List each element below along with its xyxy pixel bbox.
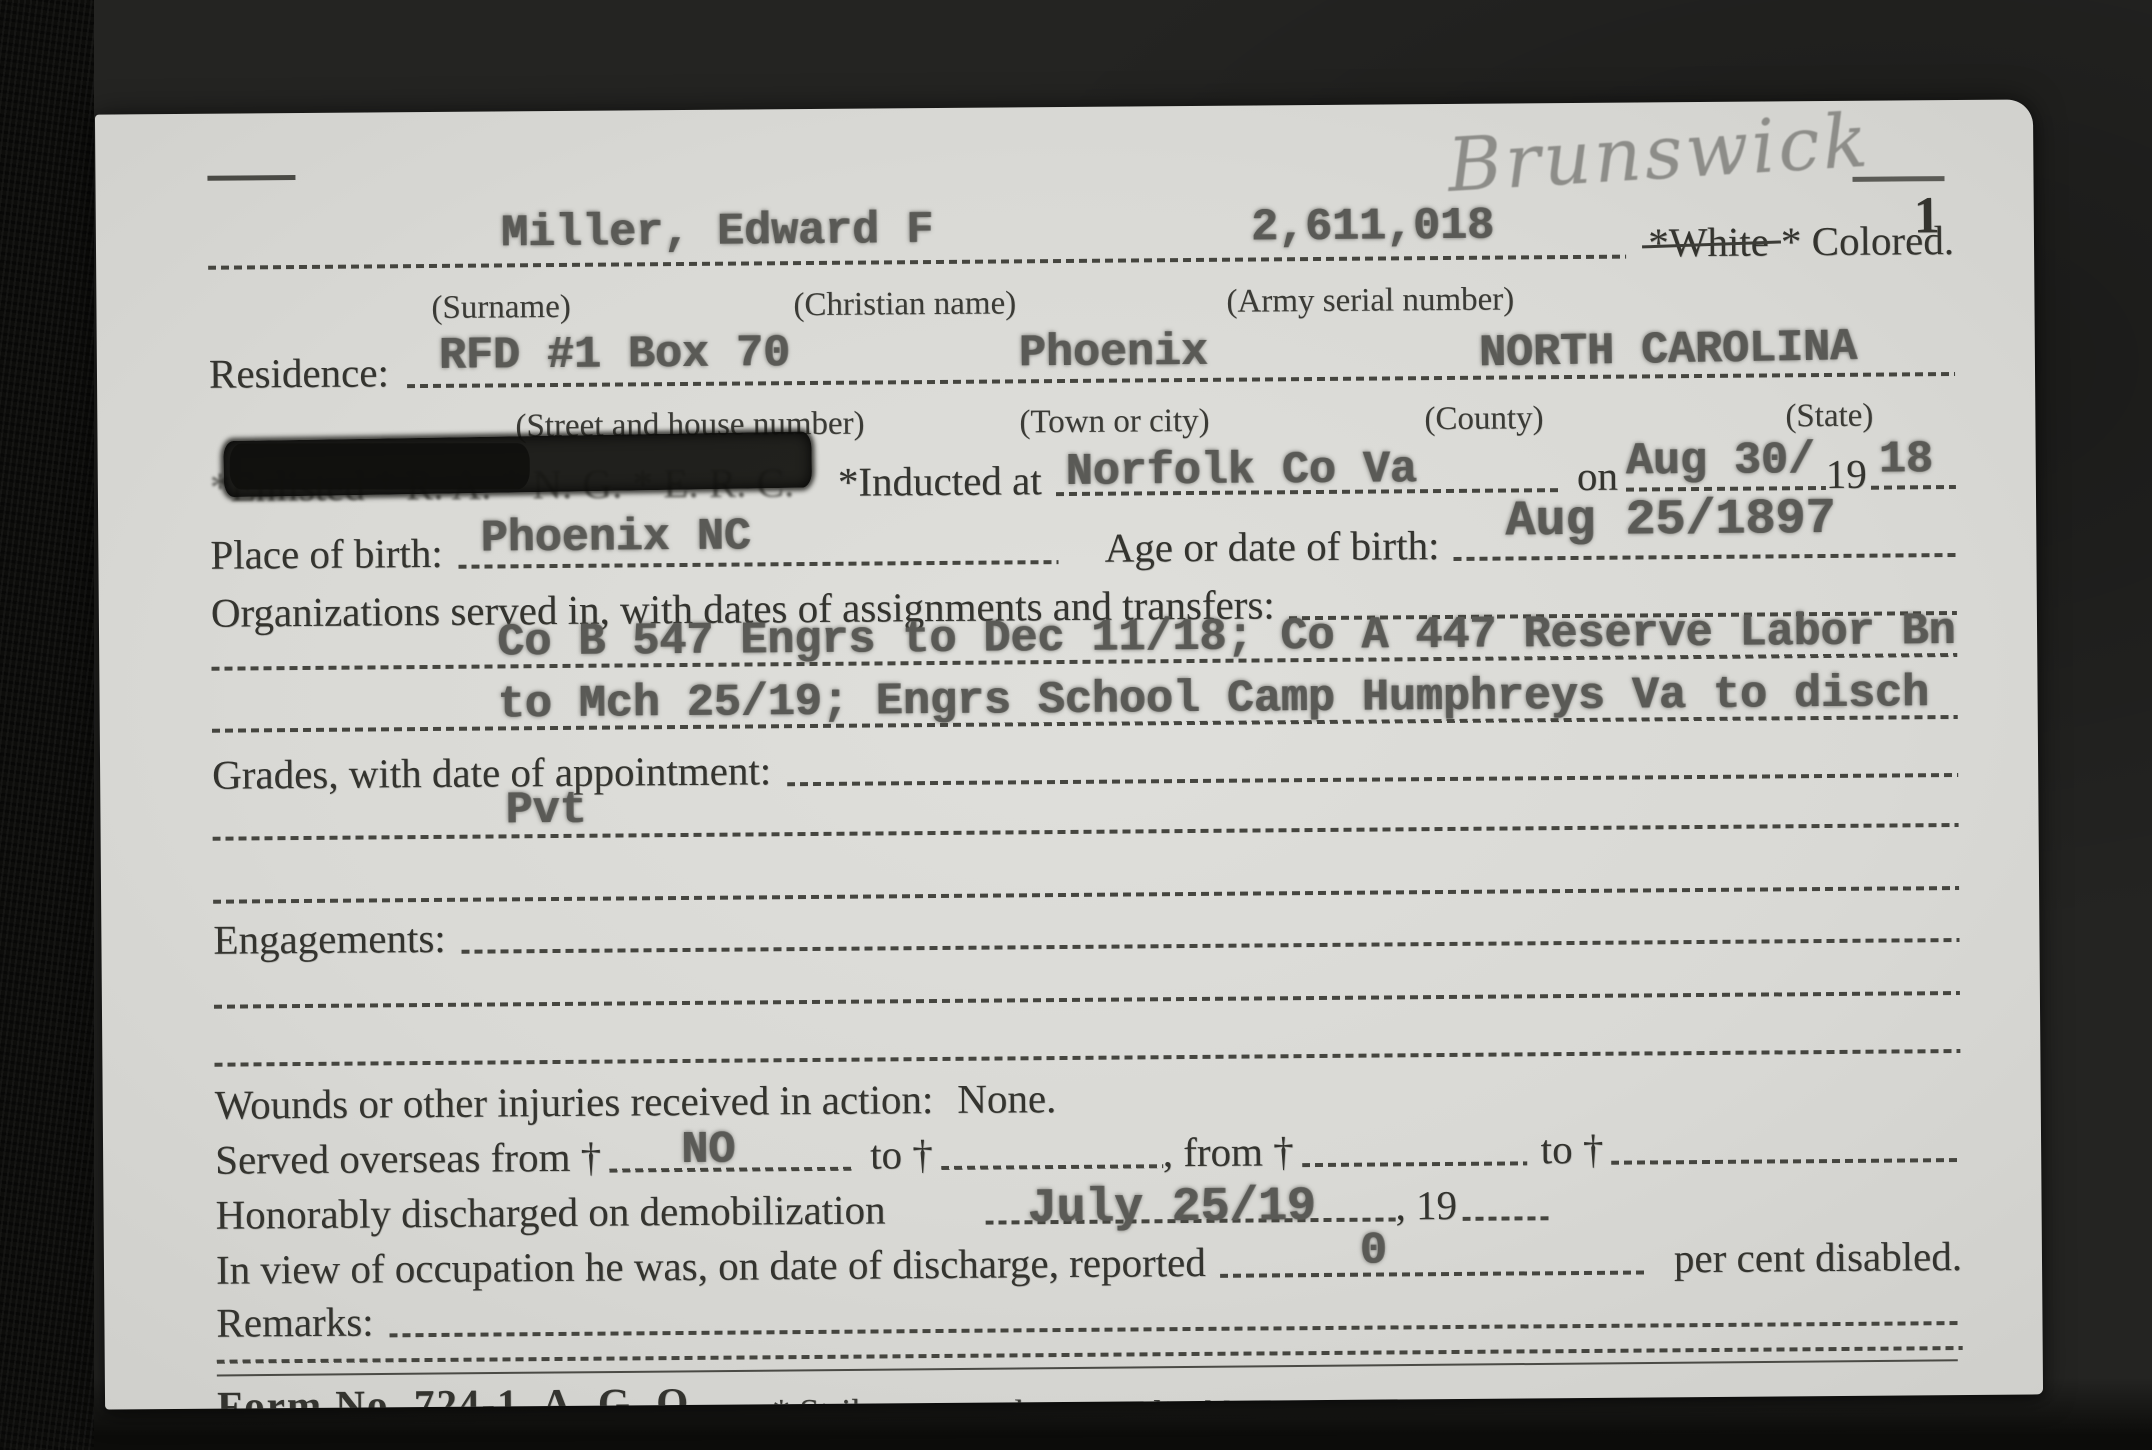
organizations-line2-dotline: to Mch 25/19; Engrs School Camp Humphrey… (212, 715, 1958, 733)
overseas-row: Served overseas from † NO to † , from † … (215, 1118, 1961, 1184)
overseas-from2-dotline (1302, 1161, 1527, 1167)
state-label: (State) (1785, 398, 1873, 436)
served-overseas-label: Served overseas from † (215, 1133, 601, 1184)
place-of-birth-label: Place of birth: (210, 529, 443, 579)
typed-disability-percent: 0 (1359, 1226, 1386, 1277)
scanned-service-record: { "scan": { "annotation_handwritten": "B… (0, 0, 2152, 1450)
form-number: Form No. 724-1, A. G. O. (217, 1378, 703, 1410)
residence-dotline: RFD #1 Box 70 Phoenix NORTH CAROLINA (407, 372, 1955, 388)
birth-row: Place of birth: Phoenix NC Age or date o… (210, 513, 1956, 579)
typed-organizations-line2: to Mch 25/19; Engrs School Camp Humphrey… (497, 668, 1929, 730)
surname-label: (Surname) (431, 289, 571, 327)
race-option-white: *White (1648, 217, 1769, 266)
footnote-dates: † Dates of departure from and arrival in… (1302, 1393, 2010, 1410)
discharge-year-label: , 19 (1395, 1181, 1457, 1229)
army-serial-label: (Army serial number) (1226, 281, 1514, 320)
county-annotation-handwritten: Brunswick (1445, 99, 1873, 209)
disability-label: In view of occupation he was, on date of… (216, 1238, 1206, 1294)
overseas-from1-dotline: NO (609, 1167, 854, 1173)
overseas-to1-dotline (941, 1164, 1163, 1170)
engagements-dotline (462, 938, 1960, 954)
typed-organizations-line1: Co B 547 Engrs to Dec 11/18; Co A 447 Re… (497, 606, 1956, 668)
inducted-place-dotline: Norfolk Co Va (1056, 488, 1563, 496)
christian-name-label: (Christian name) (793, 285, 1016, 324)
typed-birth-place: Phoenix NC (480, 511, 750, 564)
grades-label: Grades, with date of appointment: (212, 746, 771, 798)
residence-label: Residence: (209, 348, 389, 397)
birth-date-dotline: Aug 25/1897 (1453, 553, 1956, 561)
record-card: Brunswick 1 Miller, Edward F 2,611,018 *… (95, 99, 2043, 1409)
typed-grade: Pvt (505, 785, 586, 837)
scanner-film-edge (0, 0, 94, 1450)
overseas-from2-label: , from † (1163, 1127, 1294, 1176)
engagements-label: Engagements: (213, 914, 446, 964)
overseas-to2-label: to † (1541, 1125, 1604, 1173)
inducted-at-label: *Inducted at (838, 456, 1042, 506)
residence-row: Residence: RFD #1 Box 70 Phoenix NORTH C… (209, 332, 1955, 398)
typed-name: Miller, Edward F (501, 205, 933, 259)
percent-disabled-label: per cent disabled. (1674, 1232, 1962, 1282)
wounds-label: Wounds or other injuries received in act… (215, 1075, 934, 1129)
organizations-line1-dotline: Co B 547 Engrs to Dec 11/18; Co A 447 Re… (211, 653, 1957, 671)
wounds-row: Wounds or other injuries received in act… (215, 1063, 1961, 1129)
typed-town: Phoenix (1019, 327, 1208, 379)
county-label: (County) (1424, 400, 1543, 438)
footer-row: Form No. 724-1, A. G. O. * Strike out wo… (217, 1368, 1963, 1410)
town-label: (Town or city) (1019, 403, 1209, 441)
discharge-row: Honorably discharged on demobilization J… (215, 1173, 1961, 1239)
annotation-dash-mark (1852, 176, 1944, 182)
footnote-strike-out: * Strike out words not applicable. (772, 1390, 1258, 1409)
overseas-to2-dotline (1611, 1158, 1961, 1165)
typed-inducted-place: Norfolk Co Va (1065, 444, 1416, 498)
blank-dotline-2 (214, 991, 1960, 1009)
redaction-bar-overlay (230, 443, 530, 489)
birth-place-dotline: Phoenix NC (459, 560, 1059, 569)
discharge-label: Honorably discharged on demobilization (215, 1185, 885, 1238)
wounds-value: None. (957, 1074, 1056, 1123)
disability-dotline: 0 (1220, 1270, 1644, 1277)
typed-state: NORTH CAROLINA (1478, 322, 1857, 379)
corner-dash-mark (207, 175, 295, 181)
typed-serial-number: 2,611,018 (1251, 201, 1494, 254)
typed-overseas-from1: NO (681, 1125, 735, 1176)
overseas-to1-label: to † (870, 1130, 933, 1178)
name-serial-dotline: Miller, Edward F 2,611,018 (208, 255, 1626, 270)
age-or-dob-label: Age or date of birth: (1104, 521, 1439, 572)
typed-birth-date: Aug 25/1897 (1505, 491, 1836, 551)
typed-street: RFD #1 Box 70 (439, 328, 790, 382)
induction-year-dotline: 18 (1871, 485, 1956, 490)
discharge-date-dotline: July 25/19 (986, 1217, 1396, 1224)
typed-induction-date: Aug 30/ (1626, 435, 1815, 487)
name-row: Miller, Edward F 2,611,018 *White * Colo… (208, 212, 1954, 278)
race-option-colored: * Colored. (1781, 216, 1954, 265)
typed-discharge-date: July 25/19 (1027, 1180, 1315, 1236)
discharge-year-dotline (1463, 1216, 1553, 1221)
typed-induction-year: 18 (1879, 434, 1933, 485)
grades-value-dotline: Pvt (213, 823, 1959, 841)
organizations-line2-row: to Mch 25/19; Engrs School Camp Humphrey… (211, 675, 1957, 741)
